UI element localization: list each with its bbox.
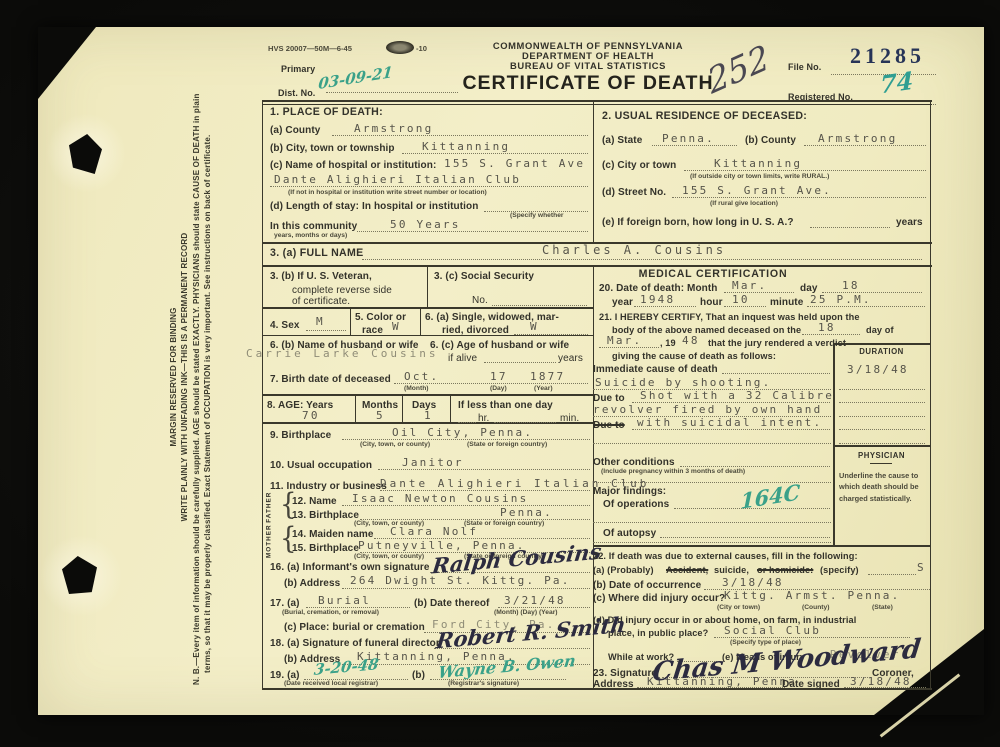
rule-under-name-row bbox=[262, 265, 932, 267]
res-street-label: (d) Street No. bbox=[602, 187, 666, 198]
age-days-value: 1 bbox=[424, 410, 433, 421]
father-name-label: 12. Name bbox=[292, 496, 337, 507]
external-c-note-1: (City or town) bbox=[717, 605, 760, 612]
binding-margin-note: MARGIN RESERVED FOR BINDING WRITE PLAINL… bbox=[166, 57, 262, 697]
funeral-director-sig-label: 18. (a) Signature of funeral director bbox=[270, 638, 440, 649]
mother-side-label: MOTHER bbox=[267, 524, 273, 558]
external-a-specify: (specify) bbox=[820, 565, 859, 575]
certify-line-3b: that the jury rendered a verdict bbox=[708, 338, 846, 348]
form-code-suffix: -10 bbox=[416, 45, 427, 53]
veteran-label: 3. (b) If U. S. Veteran, bbox=[270, 271, 372, 282]
file-no-value: 21285 bbox=[850, 45, 925, 67]
informant-addr-value: 264 Dwight St. Kittg. Pa. bbox=[350, 575, 571, 586]
burial-a-label: 17. (a) bbox=[270, 598, 300, 609]
registrar-b-label: (b) bbox=[412, 670, 425, 681]
external-heading: 22. If death was due to external causes,… bbox=[593, 551, 858, 561]
dotted-line bbox=[514, 333, 588, 335]
dotted-line bbox=[306, 329, 346, 331]
torn-corner-top-left bbox=[38, 27, 96, 99]
dotted-line bbox=[632, 428, 830, 430]
external-a-accident: Accident, bbox=[666, 565, 708, 575]
physician-dash bbox=[870, 463, 892, 464]
spouse-age-label-2: if alive bbox=[448, 353, 477, 364]
pod-stay-label: (d) Length of stay: In hospital or insti… bbox=[270, 201, 478, 212]
death-minute-label: minute bbox=[770, 297, 803, 308]
full-name-value: Charles A. Cousins bbox=[542, 244, 726, 256]
res-state-label: (a) State bbox=[602, 135, 642, 146]
birthplace-note-1: (City, town, or county) bbox=[360, 442, 430, 449]
inquest-day: 18 bbox=[818, 322, 836, 333]
rule-above-external-section bbox=[593, 545, 930, 547]
ssn-label: 3. (c) Social Security bbox=[434, 271, 534, 282]
marital-label-1: 6. (a) Single, widowed, mar- bbox=[425, 312, 559, 323]
registrar-b-note: (Registrar's signature) bbox=[448, 681, 519, 688]
birth-month-note: (Month) bbox=[404, 386, 429, 393]
pod-city-label: (b) City, town or township bbox=[270, 143, 395, 154]
of-operations-label: Of operations bbox=[603, 499, 669, 510]
spouse-name-value: Carrie Larke Cousins bbox=[246, 348, 438, 359]
burial-b-label: (b) Date thereof bbox=[414, 598, 490, 609]
father-name-value: Isaac Newton Cousins bbox=[352, 493, 528, 504]
birthplace-value: Oil City, Penna. bbox=[392, 427, 533, 438]
registrar-date-received: 3-20-48 bbox=[313, 657, 379, 678]
physician-heading: PHYSICIAN bbox=[833, 452, 930, 461]
inquest-year: 48 bbox=[682, 335, 700, 346]
certificate-paper: MARGIN RESERVED FOR BINDING WRITE PLAINL… bbox=[38, 27, 984, 715]
industry-value: Dante Alighieri Italian Club bbox=[380, 478, 649, 489]
birth-year: 1877 bbox=[530, 371, 565, 382]
dotted-line bbox=[494, 421, 556, 423]
immediate-cause-value: Suicide by shooting. bbox=[595, 377, 771, 388]
death-minute: 25 P.M. bbox=[810, 294, 872, 305]
place-of-death-heading: 1. PLACE OF DEATH: bbox=[270, 107, 383, 119]
margin-line-1: MARGIN RESERVED FOR BINDING bbox=[168, 67, 179, 687]
pod-institution-label: (c) Name of hospital or institution: bbox=[270, 160, 436, 171]
burial-a-value: Burial bbox=[318, 595, 371, 606]
death-year-label: year bbox=[612, 297, 633, 308]
res-city-label: (c) City or town bbox=[602, 160, 676, 171]
mother-birthplace-label: 15. Birthplace bbox=[292, 543, 359, 554]
age-hr-label: hr. bbox=[478, 413, 489, 424]
pod-institution-note: (If not in hospital or institution write… bbox=[288, 190, 487, 197]
birth-day-note: (Day) bbox=[490, 386, 507, 393]
pod-community-note: years, months or days) bbox=[274, 233, 347, 240]
form-right-rule bbox=[930, 100, 931, 690]
dotted-line bbox=[593, 442, 831, 444]
immediate-cause-duration: 3/18/48 bbox=[847, 364, 909, 375]
veteran-ssn-divider bbox=[427, 265, 428, 307]
mother-name-value: Clara Nolf bbox=[390, 526, 478, 537]
rule-above-age-row bbox=[262, 394, 593, 396]
agency-line-3: BUREAU OF VITAL STATISTICS bbox=[438, 61, 738, 71]
inquest-month: Mar. bbox=[607, 335, 642, 346]
rule-under-sex-row bbox=[262, 335, 593, 336]
external-c-note-2: (County) bbox=[802, 605, 830, 612]
res-street-value: 155 S. Grant Ave. bbox=[682, 185, 832, 196]
pod-county-value: Armstrong bbox=[354, 123, 433, 134]
sex-label: 4. Sex bbox=[270, 320, 300, 331]
dotted-line bbox=[839, 388, 925, 390]
age-divider-3 bbox=[450, 394, 451, 422]
dotted-line bbox=[839, 442, 925, 444]
immediate-cause-label: Immediate cause of death bbox=[593, 364, 718, 375]
spouse-age-note: years bbox=[558, 353, 583, 364]
occupation-label: 10. Usual occupation bbox=[270, 460, 372, 471]
dotted-line bbox=[868, 573, 916, 575]
death-hour: 10 bbox=[732, 294, 750, 305]
external-c-label: (c) Where did injury occur? bbox=[593, 593, 725, 604]
physician-top-rule bbox=[833, 445, 930, 447]
res-street-note: (If rural give location) bbox=[710, 201, 778, 208]
death-day: 18 bbox=[842, 280, 860, 291]
margin-line-3: N. B.—Every item of information should b… bbox=[190, 67, 213, 687]
rule-under-veteran-row bbox=[262, 307, 593, 309]
age-months-value: 5 bbox=[376, 410, 385, 421]
death-year: 1948 bbox=[640, 294, 675, 305]
duration-column-divider bbox=[833, 343, 835, 545]
sex-race-divider bbox=[350, 307, 351, 335]
burial-b-note: (Month) (Day) (Year) bbox=[494, 610, 558, 617]
due-to-1-value-a: Shot with a 32 Calibre bbox=[640, 390, 834, 401]
external-a-label: (a) (Probably) bbox=[593, 565, 654, 575]
coroner-addr-label: Address bbox=[593, 679, 634, 690]
father-side-label: FATHER bbox=[266, 492, 272, 523]
pod-stay-note: (Specify whether bbox=[510, 213, 564, 220]
certify-line-4: giving the cause of death as follows: bbox=[612, 351, 776, 361]
form-top-rule-2 bbox=[262, 104, 932, 105]
burial-c-label: (c) Place: burial or cremation bbox=[284, 622, 425, 633]
marital-value: W bbox=[530, 321, 539, 332]
margin-line-2: WRITE PLAINLY WITH UNFADING INK—THIS IS … bbox=[179, 67, 190, 687]
external-a-suicide: suicide, bbox=[714, 565, 749, 575]
dotted-line bbox=[270, 185, 588, 187]
birth-day: 17 bbox=[490, 371, 508, 382]
res-county-value: Armstrong bbox=[818, 133, 897, 144]
ssn-no-label: No. bbox=[472, 295, 488, 306]
res-state-value: Penna. bbox=[662, 133, 715, 144]
external-d-value: Social Club bbox=[724, 625, 821, 636]
veteran-line2: complete reverse side bbox=[292, 285, 392, 296]
birth-month: Oct. bbox=[404, 371, 439, 382]
birthplace-note-2: (State or foreign country) bbox=[467, 442, 547, 449]
dotted-line bbox=[680, 465, 830, 467]
age-min-label: min. bbox=[560, 413, 579, 424]
full-name-label: 3. (a) FULL NAME bbox=[270, 248, 363, 260]
dotted-line bbox=[839, 415, 925, 417]
pod-community-value: 50 Years bbox=[390, 219, 461, 230]
certify-line-3a: , 19 bbox=[660, 338, 676, 348]
res-foreign-label: (e) If foreign born, how long in U. S. A… bbox=[602, 217, 794, 228]
external-c-note-3: (State) bbox=[872, 605, 893, 612]
death-hour-label: hour bbox=[700, 297, 723, 308]
external-c-value: Kittg. Armst. Penna. bbox=[724, 590, 900, 601]
mother-note-1: (City, town, or county) bbox=[354, 554, 424, 561]
due-to-1-value-b: revolver fired by own hand bbox=[593, 404, 822, 415]
age-years-value: 70 bbox=[302, 410, 320, 421]
dotted-line bbox=[722, 372, 830, 374]
informant-addr-label: (b) Address bbox=[284, 578, 340, 589]
dotted-line bbox=[362, 258, 922, 260]
dotted-line bbox=[458, 421, 476, 423]
coroner-date-label: Date signed bbox=[782, 679, 840, 690]
eagle-stamp-icon bbox=[386, 41, 414, 54]
dotted-line bbox=[660, 536, 830, 538]
res-city-value: Kittanning bbox=[714, 158, 802, 169]
occupation-value: Janitor bbox=[402, 457, 464, 468]
external-a-value: S bbox=[917, 562, 926, 573]
coroner-date-value: 3/18/48 bbox=[850, 676, 912, 687]
spouse-age-label-1: 6. (c) Age of husband or wife bbox=[430, 340, 569, 351]
res-city-note: (If outside city or town limits, write R… bbox=[690, 174, 829, 181]
age-years-label: 8. AGE: Years bbox=[267, 400, 333, 411]
dotted-line bbox=[492, 304, 587, 306]
birth-year-note: (Year) bbox=[534, 386, 553, 393]
pod-institution-value-2: Dante Alighieri Italian Club bbox=[274, 174, 521, 185]
other-conditions-note: (Include pregnancy within 3 months of de… bbox=[601, 469, 745, 476]
dotted-line bbox=[593, 541, 831, 543]
pod-community-label: In this community bbox=[270, 221, 357, 232]
other-conditions-label: Other conditions bbox=[593, 457, 675, 468]
pod-city-value: Kittanning bbox=[422, 141, 510, 152]
dist-no-label: Dist. No. bbox=[278, 89, 315, 99]
birth-date-label: 7. Birth date of deceased bbox=[270, 374, 391, 385]
dotted-line bbox=[342, 587, 590, 589]
dotted-line bbox=[839, 401, 925, 403]
dotted-line bbox=[593, 521, 831, 523]
age-divider-1 bbox=[355, 394, 356, 422]
sex-value: M bbox=[316, 316, 325, 327]
race-label-2: race bbox=[362, 325, 383, 336]
dotted-line bbox=[810, 226, 890, 228]
birthplace-label: 9. Birthplace bbox=[270, 430, 331, 441]
column-divider-upper bbox=[593, 100, 594, 242]
duration-top-rule bbox=[833, 343, 930, 345]
race-marital-divider bbox=[420, 307, 421, 335]
dotted-line bbox=[839, 428, 925, 430]
informant-sig-label: 16. (a) Informant's own signature bbox=[270, 562, 430, 573]
due-to-2-label: Due to bbox=[593, 420, 625, 431]
certificate-form: 1. PLACE OF DEATH: (a) County Armstrong … bbox=[262, 100, 932, 691]
age-less-label: If less than one day bbox=[458, 400, 553, 411]
file-no-label: File No. bbox=[788, 63, 821, 73]
certify-line-2b: day of bbox=[866, 325, 894, 335]
physician-note: Underline the cause to which death shoul… bbox=[839, 470, 925, 504]
marital-label-2: ried, divorced bbox=[442, 325, 509, 336]
form-top-rule bbox=[262, 100, 932, 102]
medical-certification-heading: MEDICAL CERTIFICATION bbox=[593, 269, 833, 281]
race-value: W bbox=[392, 321, 401, 332]
registered-no-value: 74 bbox=[880, 69, 913, 98]
certificate-title: CERTIFICATE OF DEATH bbox=[428, 73, 748, 94]
of-autopsy-label: Of autopsy bbox=[603, 528, 656, 539]
pod-county-label: (a) County bbox=[270, 125, 320, 136]
form-code: HVS 20007—50M—6-45 bbox=[268, 45, 352, 53]
death-month: Mar. bbox=[732, 280, 767, 291]
external-b-label: (b) Date of occurrence bbox=[593, 580, 701, 591]
due-to-2-value: with suicidal intent. bbox=[637, 417, 822, 428]
res-foreign-note: years bbox=[896, 217, 923, 228]
father-birthplace-value: Penna. bbox=[500, 507, 553, 518]
burial-a-note: (Burial, cremation, or removal) bbox=[282, 610, 379, 617]
external-b-value: 3/18/48 bbox=[722, 577, 784, 588]
age-divider-2 bbox=[402, 394, 403, 422]
burial-b-value: 3/21/48 bbox=[504, 595, 566, 606]
primary-label: Primary bbox=[281, 65, 315, 75]
veteran-line3: of certificate. bbox=[292, 296, 350, 307]
res-county-label: (b) County bbox=[745, 135, 796, 146]
scanned-document-background: MARGIN RESERVED FOR BINDING WRITE PLAINL… bbox=[0, 0, 1000, 747]
pod-institution-value-1: 155 S. Grant Ave bbox=[444, 158, 585, 169]
dotted-line bbox=[484, 361, 556, 363]
dist-no-value: 03-09-21 bbox=[318, 65, 394, 92]
duration-heading: DURATION bbox=[833, 348, 930, 357]
registrar-a-note: (Date received local registrar) bbox=[284, 681, 378, 688]
father-birthplace-label: 13. Birthplace bbox=[292, 510, 359, 521]
residence-heading: 2. USUAL RESIDENCE OF DECEASED: bbox=[602, 111, 807, 123]
external-a-homicide: or homicide: bbox=[757, 565, 813, 575]
